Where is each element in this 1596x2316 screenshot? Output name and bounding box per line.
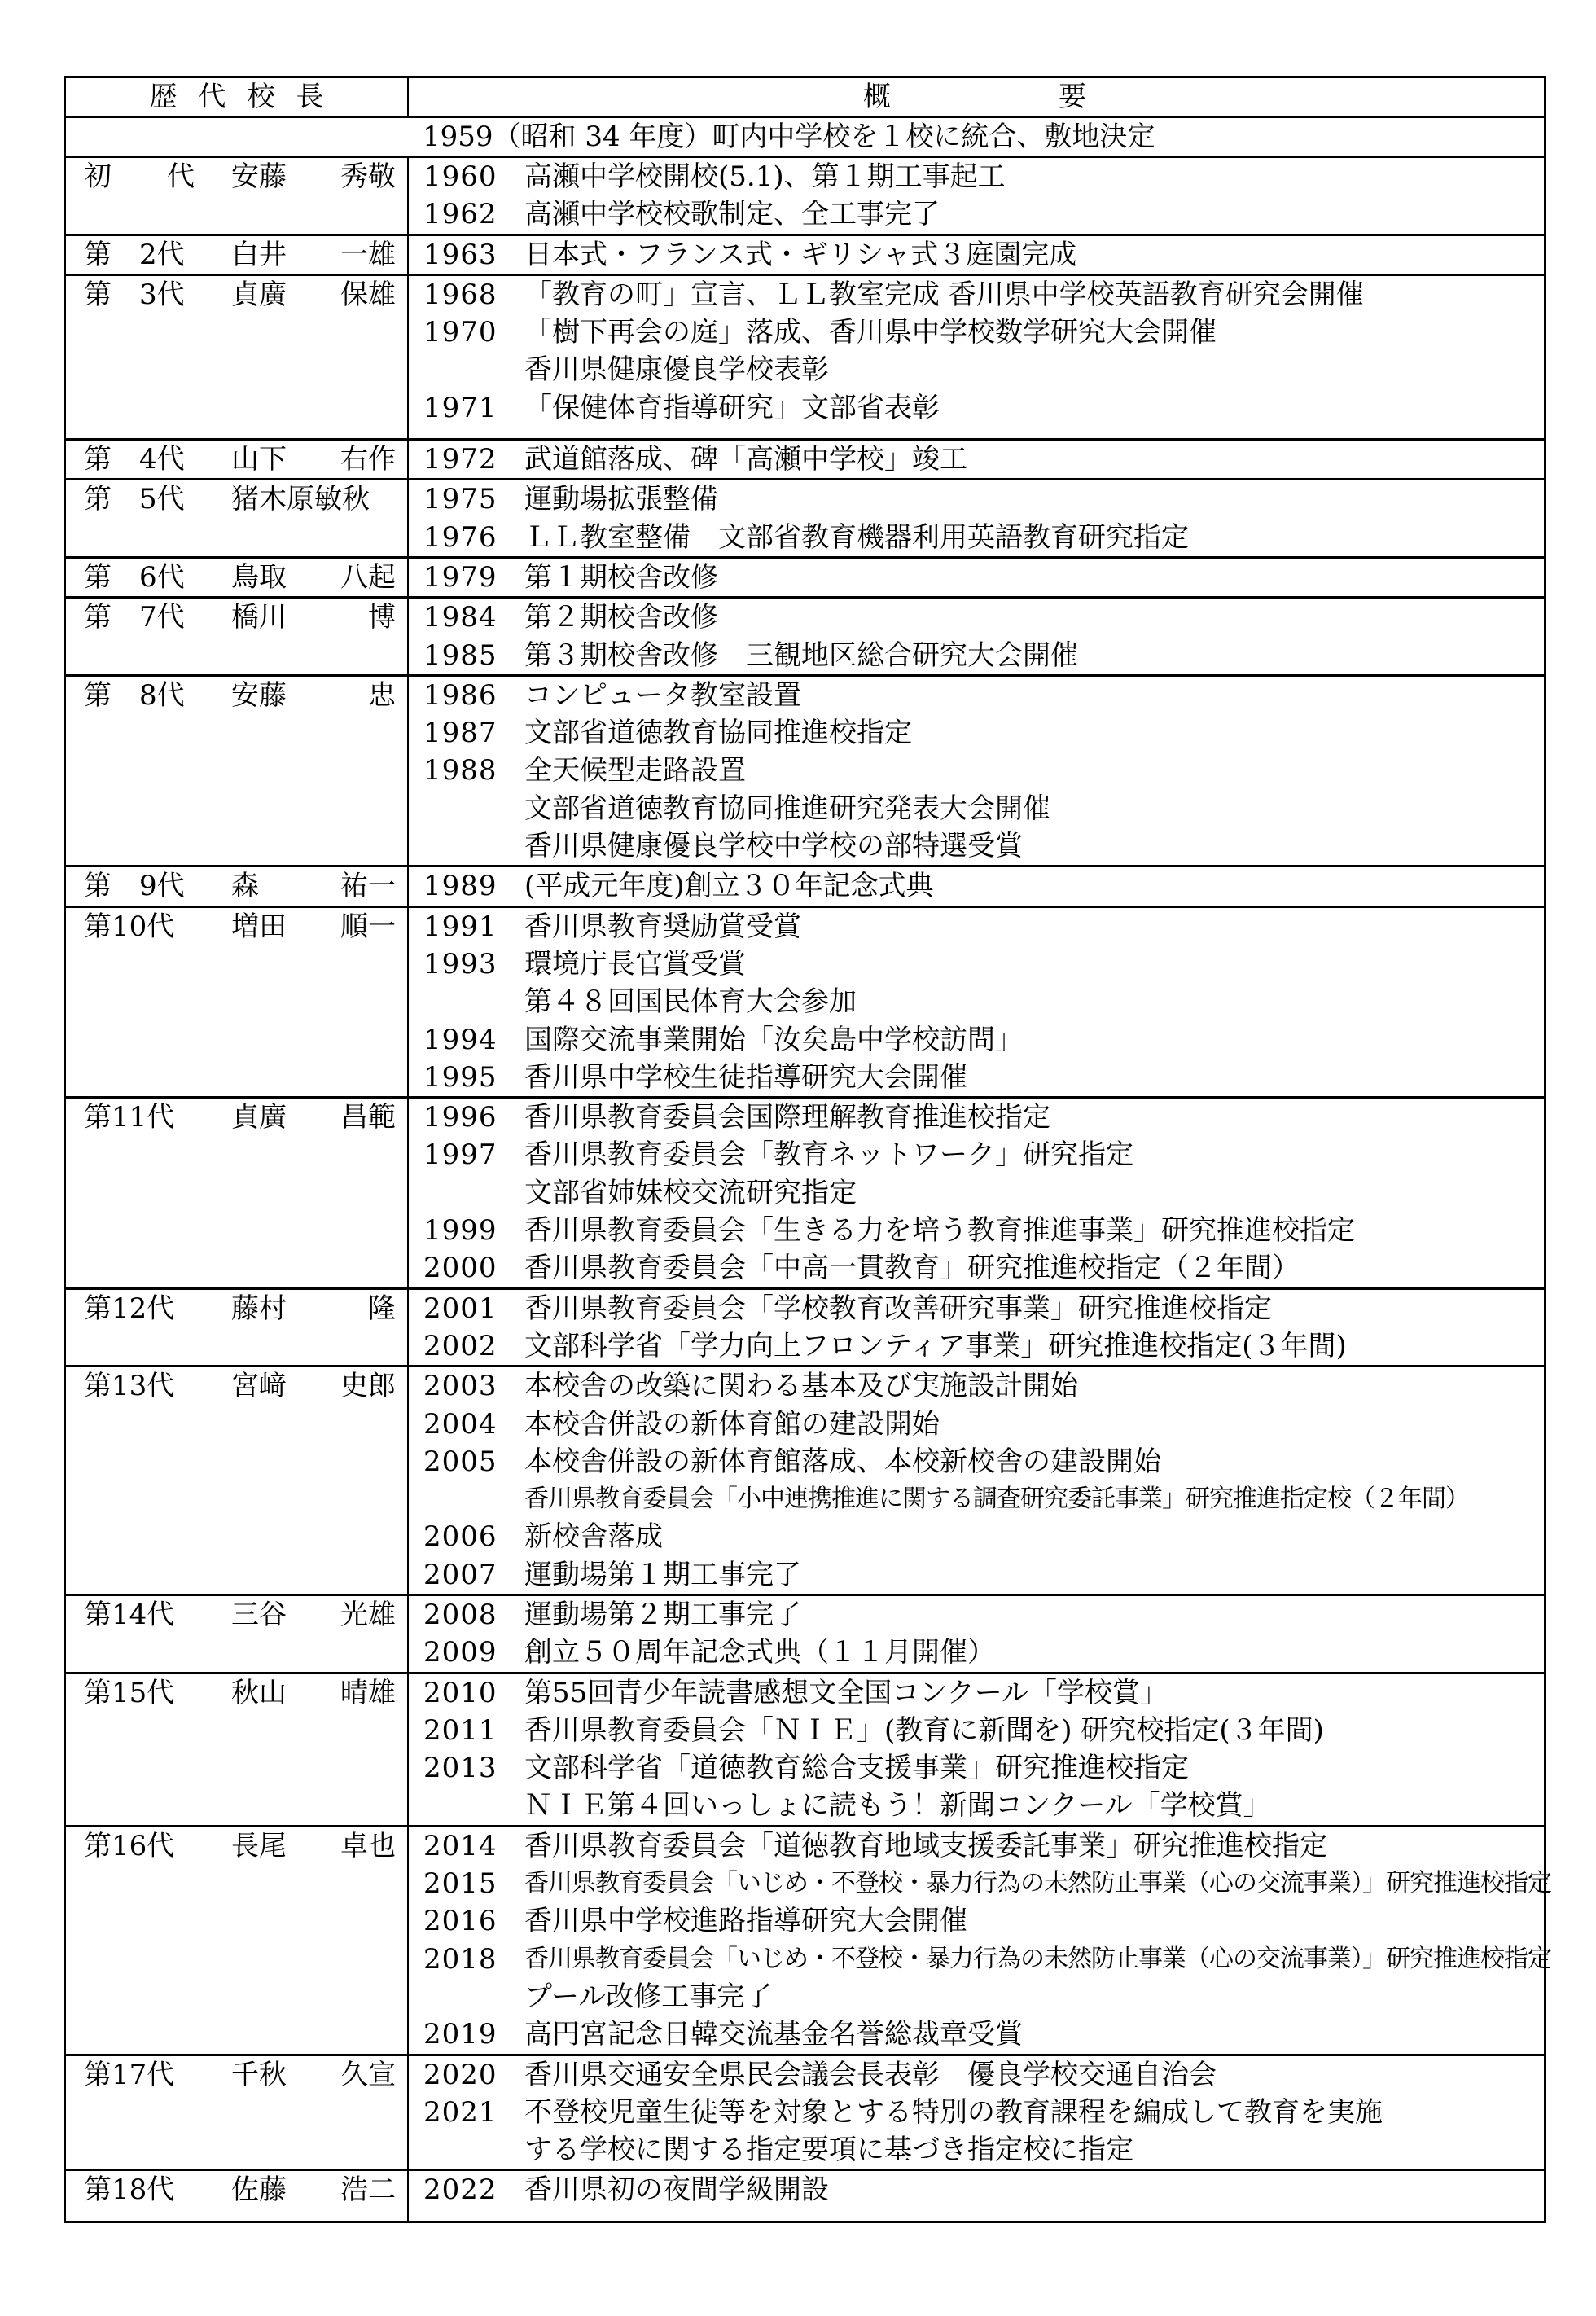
event-text: 香川県中学校進路指導研究大会開催 xyxy=(524,1902,967,1940)
principal-cell: 第 2代白井一雄 xyxy=(66,236,409,274)
event-text: 文部省道徳教育協同推進研究発表大会開催 xyxy=(524,790,1050,827)
event-text: 国際交流事業開始「汝矣島中学校訪問」 xyxy=(524,1021,1023,1059)
principal-cell: 初 代安藤秀敬 xyxy=(66,158,409,234)
event-text: 運動場第１期工事完了 xyxy=(524,1556,801,1594)
principal-surname: 藤村 xyxy=(231,1290,287,1327)
event-text: 第１期校舎改修 xyxy=(524,559,718,596)
principal-cell: 第15代秋山晴雄 xyxy=(66,1674,409,1825)
event-text: 「教育の町」宣言、ＬＬ教室完成 香川県中学校英語教育研究会開催 xyxy=(524,276,1364,314)
event-year: 2003 xyxy=(423,1367,524,1405)
events-cell: 1996香川県教育委員会国際理解教育推進校指定1997香川県教育委員会「教育ネッ… xyxy=(409,1099,1544,1287)
event-text: 香川県中学校生徒指導研究大会開催 xyxy=(524,1059,967,1096)
principal-surname: 猪木原敏秋 xyxy=(231,480,370,518)
event-line: 文部省道徳教育協同推進研究発表大会開催 xyxy=(423,790,1544,827)
principal-name: 第18代佐藤浩二 xyxy=(84,2171,396,2209)
event-text: 香川県教育委員会「いじめ・不登校・暴力行為の未然防止事業（心の交流事業）」研究推… xyxy=(524,1941,1551,1978)
event-text: 香川県教育委員会国際理解教育推進校指定 xyxy=(524,1099,1050,1136)
event-year xyxy=(423,827,524,865)
principal-surname: 森 xyxy=(231,867,259,905)
principal-given-name: 光雄 xyxy=(340,1596,396,1634)
event-year: 2022 xyxy=(423,2171,524,2209)
principal-given-name: 史郎 xyxy=(340,1367,396,1405)
principal-cell: 第18代佐藤浩二 xyxy=(66,2171,409,2220)
event-text: 香川県教育委員会「ＮＩＥ」(教育に新聞を) 研究校指定(３年間) xyxy=(524,1712,1324,1749)
event-line: 1984第２期校舎改修 xyxy=(423,599,1544,636)
principal-row: 第12代藤村隆2001香川県教育委員会「学校教育改善研究事業」研究推進校指定20… xyxy=(66,1287,1544,1366)
event-line: ＮＩＥ第４回いっしょに読もう！新聞コンクール「学校賞」 xyxy=(423,1787,1544,1824)
event-year: 2006 xyxy=(423,1518,524,1555)
event-year: 2008 xyxy=(423,1596,524,1634)
event-text: 香川県教育委員会「小中連携推進に関する調査研究委託事業」研究推進指定校（２年間） xyxy=(524,1480,1469,1518)
event-year: 2021 xyxy=(423,2094,524,2131)
event-text: 第２期校舎改修 xyxy=(524,599,718,636)
event-year: 1987 xyxy=(423,714,524,752)
principal-row: 第 3代貞廣保雄1968「教育の町」宣言、ＬＬ教室完成 香川県中学校英語教育研究… xyxy=(66,274,1544,438)
principal-name: 第 8代安藤忠 xyxy=(84,677,396,714)
event-line: 1963日本式・フランス式・ギリシャ式３庭園完成 xyxy=(423,236,1544,274)
event-line: 1985第３期校舎改修 三観地区総合研究大会開催 xyxy=(423,637,1544,674)
event-text: 香川県健康優良学校中学校の部特選受賞 xyxy=(524,827,1023,865)
principal-generation: 第 3代 xyxy=(84,276,185,314)
principal-given-name: 博 xyxy=(368,599,396,636)
event-text: 本校舎併設の新体育館落成、本校新校舎の建設開始 xyxy=(524,1443,1161,1480)
event-text: 文部省姉妹校交流研究指定 xyxy=(524,1174,857,1212)
event-year: 1985 xyxy=(423,637,524,674)
event-line: 1960高瀬中学校開校(5.1)、第１期工事起工 xyxy=(423,158,1544,195)
event-year: 2015 xyxy=(423,1865,524,1902)
event-line: プール改修工事完了 xyxy=(423,1978,1551,2016)
event-text: 本校舎の改築に関わる基本及び実施設計開始 xyxy=(524,1367,1078,1405)
event-year: 1963 xyxy=(423,236,524,274)
principal-cell: 第 9代森祐一 xyxy=(66,867,409,905)
principal-cell: 第13代宮﨑史郎 xyxy=(66,1367,409,1594)
event-year xyxy=(423,1480,524,1518)
event-year: 1968 xyxy=(423,276,524,314)
header-principals: 歴代校長 xyxy=(66,78,409,116)
events-cell: 1972武道館落成、碑「高瀬中学校」竣工 xyxy=(409,441,1544,478)
event-text: 全天候型走路設置 xyxy=(524,752,746,789)
event-line: 香川県健康優良学校中学校の部特選受賞 xyxy=(423,827,1544,865)
event-year xyxy=(423,351,524,388)
principal-given-name: 一雄 xyxy=(340,236,396,274)
event-year: 1971 xyxy=(423,389,524,427)
event-text: 文部省道徳教育協同推進校指定 xyxy=(524,714,912,752)
event-line: 文部省姉妹校交流研究指定 xyxy=(423,1174,1544,1212)
event-year: 2005 xyxy=(423,1443,524,1480)
principal-row: 第14代三谷光雄2008運動場第２期工事完了2009創立５０周年記念式典（１１月… xyxy=(66,1594,1544,1672)
event-year: 1960 xyxy=(423,158,524,195)
events-cell: 1986コンピュータ教室設置1987文部省道徳教育協同推進校指定1988全天候型… xyxy=(409,677,1544,865)
principals-history-table: 歴代校長 概 要 1959（昭和 34 年度）町内中学校を１校に統合、敷地決定 … xyxy=(64,76,1546,2223)
event-year: 1972 xyxy=(423,441,524,478)
principal-name: 第10代増田順一 xyxy=(84,908,396,945)
principal-given-name: 八起 xyxy=(340,559,396,596)
event-line: 2003本校舎の改築に関わる基本及び実施設計開始 xyxy=(423,1367,1544,1405)
event-line: 1970「樹下再会の庭」落成、香川県中学校数学研究大会開催 xyxy=(423,314,1544,351)
event-text: 武道館落成、碑「高瀬中学校」竣工 xyxy=(524,441,967,478)
principal-row: 第10代増田順一1991香川県教育奨励賞受賞1993環境庁長官賞受賞第４８回国民… xyxy=(66,906,1544,1096)
event-line: 1989(平成元年度)創立３０年記念式典 xyxy=(423,867,1544,905)
event-text: 香川県交通安全県民会議会長表彰 優良学校交通自治会 xyxy=(524,2056,1217,2094)
header-principals-label: 歴代校長 xyxy=(66,78,407,116)
event-year: 1991 xyxy=(423,908,524,945)
principal-generation: 初 代 xyxy=(84,158,195,195)
event-line: 1979第１期校舎改修 xyxy=(423,559,1544,596)
principal-cell: 第16代長尾卓也 xyxy=(66,1827,409,2054)
event-text: 第55回青少年読書感想文全国コンクール「学校賞」 xyxy=(524,1674,1168,1712)
principal-surname: 増田 xyxy=(231,908,287,945)
event-line: 1996香川県教育委員会国際理解教育推進校指定 xyxy=(423,1099,1544,1136)
principal-name: 初 代安藤秀敬 xyxy=(84,158,396,195)
principal-given-name: 祐一 xyxy=(340,867,396,905)
header-summary-char-2: 要 xyxy=(1059,78,1086,116)
events-cell: 1968「教育の町」宣言、ＬＬ教室完成 香川県中学校英語教育研究会開催1970「… xyxy=(409,276,1544,438)
event-line: 1991香川県教育奨励賞受賞 xyxy=(423,908,1544,945)
event-year: 2010 xyxy=(423,1674,524,1712)
principal-generation: 第14代 xyxy=(84,1596,174,1634)
principal-name: 第12代藤村隆 xyxy=(84,1290,396,1327)
event-text: 文部科学省「道徳教育総合支援事業」研究推進校指定 xyxy=(524,1749,1189,1787)
event-year: 2000 xyxy=(423,1249,524,1287)
event-line: 2005本校舎併設の新体育館落成、本校新校舎の建設開始 xyxy=(423,1443,1544,1480)
event-year: 1989 xyxy=(423,867,524,905)
event-text: 創立５０周年記念式典（１１月開催） xyxy=(524,1634,995,1671)
event-line: 1971「保健体育指導研究」文部省表彰 xyxy=(423,389,1544,427)
principal-surname: 宮﨑 xyxy=(231,1367,287,1405)
table-header-row: 歴代校長 概 要 xyxy=(66,78,1544,116)
events-cell: 2022香川県初の夜間学級開設 xyxy=(409,2171,1544,2220)
principal-name: 第11代貞廣昌範 xyxy=(84,1099,396,1136)
principal-surname: 橋川 xyxy=(231,599,287,636)
principal-generation: 第11代 xyxy=(84,1099,174,1136)
events-cell: 1984第２期校舎改修1985第３期校舎改修 三観地区総合研究大会開催 xyxy=(409,599,1544,674)
event-line: 1988全天候型走路設置 xyxy=(423,752,1544,789)
principal-name: 第17代千秋久宣 xyxy=(84,2056,396,2094)
principal-name: 第16代長尾卓也 xyxy=(84,1827,396,1865)
founding-text: 1959（昭和 34 年度）町内中学校を１校に統合、敷地決定 xyxy=(66,118,1544,156)
principal-row: 第 9代森祐一1989(平成元年度)創立３０年記念式典 xyxy=(66,865,1544,905)
event-line: 1968「教育の町」宣言、ＬＬ教室完成 香川県中学校英語教育研究会開催 xyxy=(423,276,1544,314)
event-year: 2013 xyxy=(423,1749,524,1787)
event-line: 2016香川県中学校進路指導研究大会開催 xyxy=(423,1902,1551,1940)
event-line: 2010第55回青少年読書感想文全国コンクール「学校賞」 xyxy=(423,1674,1544,1712)
event-year: 1975 xyxy=(423,480,524,518)
event-line: 1975運動場拡張整備 xyxy=(423,480,1544,518)
principal-surname: 貞廣 xyxy=(231,1099,287,1136)
event-text: 運動場第２期工事完了 xyxy=(524,1596,801,1634)
principal-row: 第15代秋山晴雄2010第55回青少年読書感想文全国コンクール「学校賞」2011… xyxy=(66,1672,1544,1825)
event-line: 2008運動場第２期工事完了 xyxy=(423,1596,1544,1634)
principal-surname: 貞廣 xyxy=(231,276,287,314)
event-year: 2011 xyxy=(423,1712,524,1749)
principal-generation: 第 6代 xyxy=(84,559,185,596)
principal-generation: 第 9代 xyxy=(84,867,185,905)
principal-generation: 第 5代 xyxy=(84,480,185,518)
event-line: 2015香川県教育委員会「いじめ・不登校・暴力行為の未然防止事業（心の交流事業）… xyxy=(423,1865,1551,1902)
events-cell: 2014香川県教育委員会「道徳教育地域支援委託事業」研究推進校指定2015香川県… xyxy=(409,1827,1551,2054)
event-text: する学校に関する指定要項に基づき指定校に指定 xyxy=(524,2131,1133,2169)
principal-row: 第16代長尾卓也2014香川県教育委員会「道徳教育地域支援委託事業」研究推進校指… xyxy=(66,1825,1544,2054)
event-year xyxy=(423,1978,524,2016)
event-text: 香川県健康優良学校表彰 xyxy=(524,351,829,388)
principal-generation: 第12代 xyxy=(84,1290,174,1327)
events-cell: 2010第55回青少年読書感想文全国コンクール「学校賞」2011香川県教育委員会… xyxy=(409,1674,1544,1825)
event-text: 環境庁長官賞受賞 xyxy=(524,945,746,983)
event-text: 文部科学省「学力向上フロンティア事業」研究推進校指定(３年間) xyxy=(524,1327,1347,1365)
principal-generation: 第15代 xyxy=(84,1674,174,1712)
row-spacer xyxy=(423,427,1544,438)
event-year xyxy=(423,983,524,1020)
principal-rows: 初 代安藤秀敬1960高瀬中学校開校(5.1)、第１期工事起工1962高瀬中学校… xyxy=(66,156,1544,2221)
principal-row: 第13代宮﨑史郎2003本校舎の改築に関わる基本及び実施設計開始2004本校舎併… xyxy=(66,1365,1544,1594)
event-text: 香川県教育委員会「いじめ・不登校・暴力行為の未然防止事業（心の交流事業）」研究推… xyxy=(524,1865,1551,1902)
event-year: 1999 xyxy=(423,1212,524,1249)
principal-row: 第 5代猪木原敏秋1975運動場拡張整備1976ＬＬ教室整備 文部省教育機器利用… xyxy=(66,478,1544,556)
event-text: ＮＩＥ第４回いっしょに読もう！新聞コンクール「学校賞」 xyxy=(524,1787,1271,1824)
event-text: 新校舎落成 xyxy=(524,1518,663,1555)
event-line: 1997香川県教育委員会「教育ネットワーク」研究指定 xyxy=(423,1136,1544,1173)
principal-cell: 第11代貞廣昌範 xyxy=(66,1099,409,1287)
principal-row: 第11代貞廣昌範1996香川県教育委員会国際理解教育推進校指定1997香川県教育… xyxy=(66,1096,1544,1287)
event-text: 香川県教育奨励賞受賞 xyxy=(524,908,801,945)
event-text: 香川県教育委員会「学校教育改善研究事業」研究推進校指定 xyxy=(524,1290,1272,1327)
principal-cell: 第 4代山下右作 xyxy=(66,441,409,478)
event-text: 本校舎併設の新体育館の建設開始 xyxy=(524,1406,940,1443)
principal-name: 第 2代白井一雄 xyxy=(84,236,396,274)
principal-cell: 第17代千秋久宣 xyxy=(66,2056,409,2169)
event-line: 2019高円宮記念日韓交流基金名誉総裁章受賞 xyxy=(423,2016,1551,2053)
event-text: ＬＬ教室整備 文部省教育機器利用英語教育研究指定 xyxy=(524,519,1189,556)
event-line: 香川県健康優良学校表彰 xyxy=(423,351,1544,388)
event-line: 2007運動場第１期工事完了 xyxy=(423,1556,1544,1594)
event-text: 香川県教育委員会「教育ネットワーク」研究指定 xyxy=(524,1136,1133,1173)
event-line: 2011香川県教育委員会「ＮＩＥ」(教育に新聞を) 研究校指定(３年間) xyxy=(423,1712,1544,1749)
event-line: 香川県教育委員会「小中連携推進に関する調査研究委託事業」研究推進指定校（２年間） xyxy=(423,1480,1544,1518)
principal-surname: 安藤 xyxy=(231,158,287,195)
events-cell: 1991香川県教育奨励賞受賞1993環境庁長官賞受賞第４８回国民体育大会参加19… xyxy=(409,908,1544,1096)
principal-surname: 鳥取 xyxy=(231,559,287,596)
principal-surname: 佐藤 xyxy=(231,2171,287,2209)
principal-generation: 第18代 xyxy=(84,2171,174,2209)
event-year: 1976 xyxy=(423,519,524,556)
event-year: 2009 xyxy=(423,1634,524,1671)
principal-generation: 第13代 xyxy=(84,1367,174,1405)
event-year: 2020 xyxy=(423,2056,524,2094)
event-line: 1962高瀬中学校校歌制定、全工事完了 xyxy=(423,195,1544,233)
event-year: 1995 xyxy=(423,1059,524,1096)
event-text: 不登校児童生徒等を対象とする特別の教育課程を編成して教育を実施 xyxy=(524,2094,1383,2131)
event-year: 2001 xyxy=(423,1290,524,1327)
principal-surname: 白井 xyxy=(231,236,287,274)
event-year xyxy=(423,1174,524,1212)
event-year: 1994 xyxy=(423,1021,524,1059)
event-text: 高円宮記念日韓交流基金名誉総裁章受賞 xyxy=(524,2016,1023,2053)
principal-surname: 安藤 xyxy=(231,677,287,714)
event-text: 第３期校舎改修 三観地区総合研究大会開催 xyxy=(524,637,1078,674)
principal-name: 第 9代森祐一 xyxy=(84,867,396,905)
event-line: 2022香川県初の夜間学級開設 xyxy=(423,2171,1544,2209)
principal-surname: 三谷 xyxy=(231,1596,287,1634)
event-text: 「保健体育指導研究」文部省表彰 xyxy=(524,389,940,427)
event-year: 1996 xyxy=(423,1099,524,1136)
event-year: 1979 xyxy=(423,559,524,596)
event-line: 2021不登校児童生徒等を対象とする特別の教育課程を編成して教育を実施 xyxy=(423,2094,1544,2131)
principal-cell: 第 6代鳥取八起 xyxy=(66,559,409,596)
events-cell: 2020香川県交通安全県民会議会長表彰 優良学校交通自治会2021不登校児童生徒… xyxy=(409,2056,1544,2169)
event-text: 高瀬中学校校歌制定、全工事完了 xyxy=(524,195,940,233)
principal-name: 第 5代猪木原敏秋 xyxy=(84,480,396,518)
principal-row: 第 7代橋川博1984第２期校舎改修1985第３期校舎改修 三観地区総合研究大会… xyxy=(66,596,1544,674)
event-line: 1994国際交流事業開始「汝矣島中学校訪問」 xyxy=(423,1021,1544,1059)
event-line: する学校に関する指定要項に基づき指定校に指定 xyxy=(423,2131,1544,2169)
event-text: (平成元年度)創立３０年記念式典 xyxy=(524,867,934,905)
event-line: 2018香川県教育委員会「いじめ・不登校・暴力行為の未然防止事業（心の交流事業）… xyxy=(423,1941,1551,1978)
event-year: 2016 xyxy=(423,1902,524,1940)
principal-generation: 第16代 xyxy=(84,1827,174,1865)
event-year: 2004 xyxy=(423,1406,524,1443)
principal-name: 第 3代貞廣保雄 xyxy=(84,276,396,314)
event-text: 香川県教育委員会「中高一貫教育」研究推進校指定（２年間） xyxy=(524,1249,1300,1287)
principal-given-name: 昌範 xyxy=(340,1099,396,1136)
event-line: 2000香川県教育委員会「中高一貫教育」研究推進校指定（２年間） xyxy=(423,1249,1544,1287)
principal-name: 第 7代橋川博 xyxy=(84,599,396,636)
principal-row: 第 8代安藤忠1986コンピュータ教室設置1987文部省道徳教育協同推進校指定1… xyxy=(66,674,1544,865)
principal-name: 第 6代鳥取八起 xyxy=(84,559,396,596)
founding-row: 1959（昭和 34 年度）町内中学校を１校に統合、敷地決定 xyxy=(66,116,1544,156)
event-year xyxy=(423,790,524,827)
principal-surname: 秋山 xyxy=(231,1674,287,1712)
event-line: 第４８回国民体育大会参加 xyxy=(423,983,1544,1020)
event-year: 2018 xyxy=(423,1941,524,1978)
header-summary: 概 要 xyxy=(409,78,1544,116)
principal-given-name: 晴雄 xyxy=(340,1674,396,1712)
event-line: 1999香川県教育委員会「生きる力を培う教育推進事業」研究推進校指定 xyxy=(423,1212,1544,1249)
event-line: 2014香川県教育委員会「道徳教育地域支援委託事業」研究推進校指定 xyxy=(423,1827,1551,1865)
event-year: 2007 xyxy=(423,1556,524,1594)
principal-given-name: 隆 xyxy=(368,1290,396,1327)
event-line: 1976ＬＬ教室整備 文部省教育機器利用英語教育研究指定 xyxy=(423,519,1544,556)
principal-given-name: 右作 xyxy=(340,441,396,478)
event-line: 1993環境庁長官賞受賞 xyxy=(423,945,1544,983)
event-line: 2009創立５０周年記念式典（１１月開催） xyxy=(423,1634,1544,1671)
principal-generation: 第 8代 xyxy=(84,677,185,714)
principal-row: 第18代佐藤浩二2022香川県初の夜間学級開設 xyxy=(66,2169,1544,2220)
event-year xyxy=(423,2131,524,2169)
event-text: コンピュータ教室設置 xyxy=(524,677,801,714)
principal-given-name: 忠 xyxy=(368,677,396,714)
principal-name: 第15代秋山晴雄 xyxy=(84,1674,396,1712)
principal-cell: 第 5代猪木原敏秋 xyxy=(66,480,409,556)
row-spacer xyxy=(423,2209,1544,2221)
event-line: 2004本校舎併設の新体育館の建設開始 xyxy=(423,1406,1544,1443)
event-year xyxy=(423,1787,524,1824)
principal-given-name: 卓也 xyxy=(340,1827,396,1865)
event-text: 高瀬中学校開校(5.1)、第１期工事起工 xyxy=(524,158,1006,195)
event-year: 1984 xyxy=(423,599,524,636)
event-text: 香川県初の夜間学級開設 xyxy=(524,2171,829,2209)
event-text: 香川県教育委員会「道徳教育地域支援委託事業」研究推進校指定 xyxy=(524,1827,1327,1865)
event-line: 1972武道館落成、碑「高瀬中学校」竣工 xyxy=(423,441,1544,478)
event-year: 1997 xyxy=(423,1136,524,1173)
principal-row: 第 2代白井一雄1963日本式・フランス式・ギリシャ式３庭園完成 xyxy=(66,234,1544,274)
event-line: 1986コンピュータ教室設置 xyxy=(423,677,1544,714)
principal-cell: 第12代藤村隆 xyxy=(66,1290,409,1366)
principal-surname: 千秋 xyxy=(231,2056,287,2094)
principal-generation: 第10代 xyxy=(84,908,174,945)
principal-cell: 第 7代橋川博 xyxy=(66,599,409,674)
principal-row: 第 4代山下右作1972武道館落成、碑「高瀬中学校」竣工 xyxy=(66,438,1544,478)
event-line: 2013文部科学省「道徳教育総合支援事業」研究推進校指定 xyxy=(423,1749,1544,1787)
event-year: 2019 xyxy=(423,2016,524,2053)
principal-given-name: 久宣 xyxy=(340,2056,396,2094)
event-text: プール改修工事完了 xyxy=(524,1978,772,2016)
events-cell: 2003本校舎の改築に関わる基本及び実施設計開始2004本校舎併設の新体育館の建… xyxy=(409,1367,1544,1594)
events-cell: 1979第１期校舎改修 xyxy=(409,559,1544,596)
event-text: 香川県教育委員会「生きる力を培う教育推進事業」研究推進校指定 xyxy=(524,1212,1355,1249)
principal-cell: 第 3代貞廣保雄 xyxy=(66,276,409,438)
principal-generation: 第 4代 xyxy=(84,441,185,478)
principal-row: 第 6代鳥取八起1979第１期校舎改修 xyxy=(66,556,1544,596)
header-summary-char-1: 概 xyxy=(863,78,891,116)
events-cell: 1963日本式・フランス式・ギリシャ式３庭園完成 xyxy=(409,236,1544,274)
principal-surname: 山下 xyxy=(231,441,287,478)
event-line: 2002文部科学省「学力向上フロンティア事業」研究推進校指定(３年間) xyxy=(423,1327,1544,1365)
events-cell: 1960高瀬中学校開校(5.1)、第１期工事起工1962高瀬中学校校歌制定、全工… xyxy=(409,158,1544,234)
principal-given-name: 保雄 xyxy=(340,276,396,314)
event-text: 「樹下再会の庭」落成、香川県中学校数学研究大会開催 xyxy=(524,314,1217,351)
event-text: 第４８回国民体育大会参加 xyxy=(524,983,857,1020)
event-text: 日本式・フランス式・ギリシャ式３庭園完成 xyxy=(524,236,1076,274)
event-year: 2014 xyxy=(423,1827,524,1865)
event-text: 運動場拡張整備 xyxy=(524,480,718,518)
event-line: 2001香川県教育委員会「学校教育改善研究事業」研究推進校指定 xyxy=(423,1290,1544,1327)
event-line: 2006新校舎落成 xyxy=(423,1518,1544,1555)
principal-row: 初 代安藤秀敬1960高瀬中学校開校(5.1)、第１期工事起工1962高瀬中学校… xyxy=(66,156,1544,234)
event-year: 2002 xyxy=(423,1327,524,1365)
event-year: 1970 xyxy=(423,314,524,351)
principal-row: 第17代千秋久宣2020香川県交通安全県民会議会長表彰 優良学校交通自治会202… xyxy=(66,2054,1544,2169)
events-cell: 1975運動場拡張整備1976ＬＬ教室整備 文部省教育機器利用英語教育研究指定 xyxy=(409,480,1544,556)
events-cell: 2001香川県教育委員会「学校教育改善研究事業」研究推進校指定2002文部科学省… xyxy=(409,1290,1544,1366)
event-year: 1988 xyxy=(423,752,524,789)
principal-generation: 第 2代 xyxy=(84,236,185,274)
events-cell: 1989(平成元年度)創立３０年記念式典 xyxy=(409,867,1544,905)
principal-cell: 第 8代安藤忠 xyxy=(66,677,409,865)
principal-given-name: 順一 xyxy=(340,908,396,945)
principal-given-name: 秀敬 xyxy=(340,158,396,195)
event-line: 2020香川県交通安全県民会議会長表彰 優良学校交通自治会 xyxy=(423,2056,1544,2094)
principal-cell: 第10代増田順一 xyxy=(66,908,409,1096)
principal-given-name: 浩二 xyxy=(340,2171,396,2209)
event-year: 1993 xyxy=(423,945,524,983)
events-cell: 2008運動場第２期工事完了2009創立５０周年記念式典（１１月開催） xyxy=(409,1596,1544,1672)
event-year: 1962 xyxy=(423,195,524,233)
principal-generation: 第17代 xyxy=(84,2056,174,2094)
principal-generation: 第 7代 xyxy=(84,599,185,636)
event-year: 1986 xyxy=(423,677,524,714)
principal-name: 第13代宮﨑史郎 xyxy=(84,1367,396,1405)
event-line: 1987文部省道徳教育協同推進校指定 xyxy=(423,714,1544,752)
principal-name: 第 4代山下右作 xyxy=(84,441,396,478)
principal-surname: 長尾 xyxy=(231,1827,287,1865)
principal-cell: 第14代三谷光雄 xyxy=(66,1596,409,1672)
principal-name: 第14代三谷光雄 xyxy=(84,1596,396,1634)
event-line: 1995香川県中学校生徒指導研究大会開催 xyxy=(423,1059,1544,1096)
